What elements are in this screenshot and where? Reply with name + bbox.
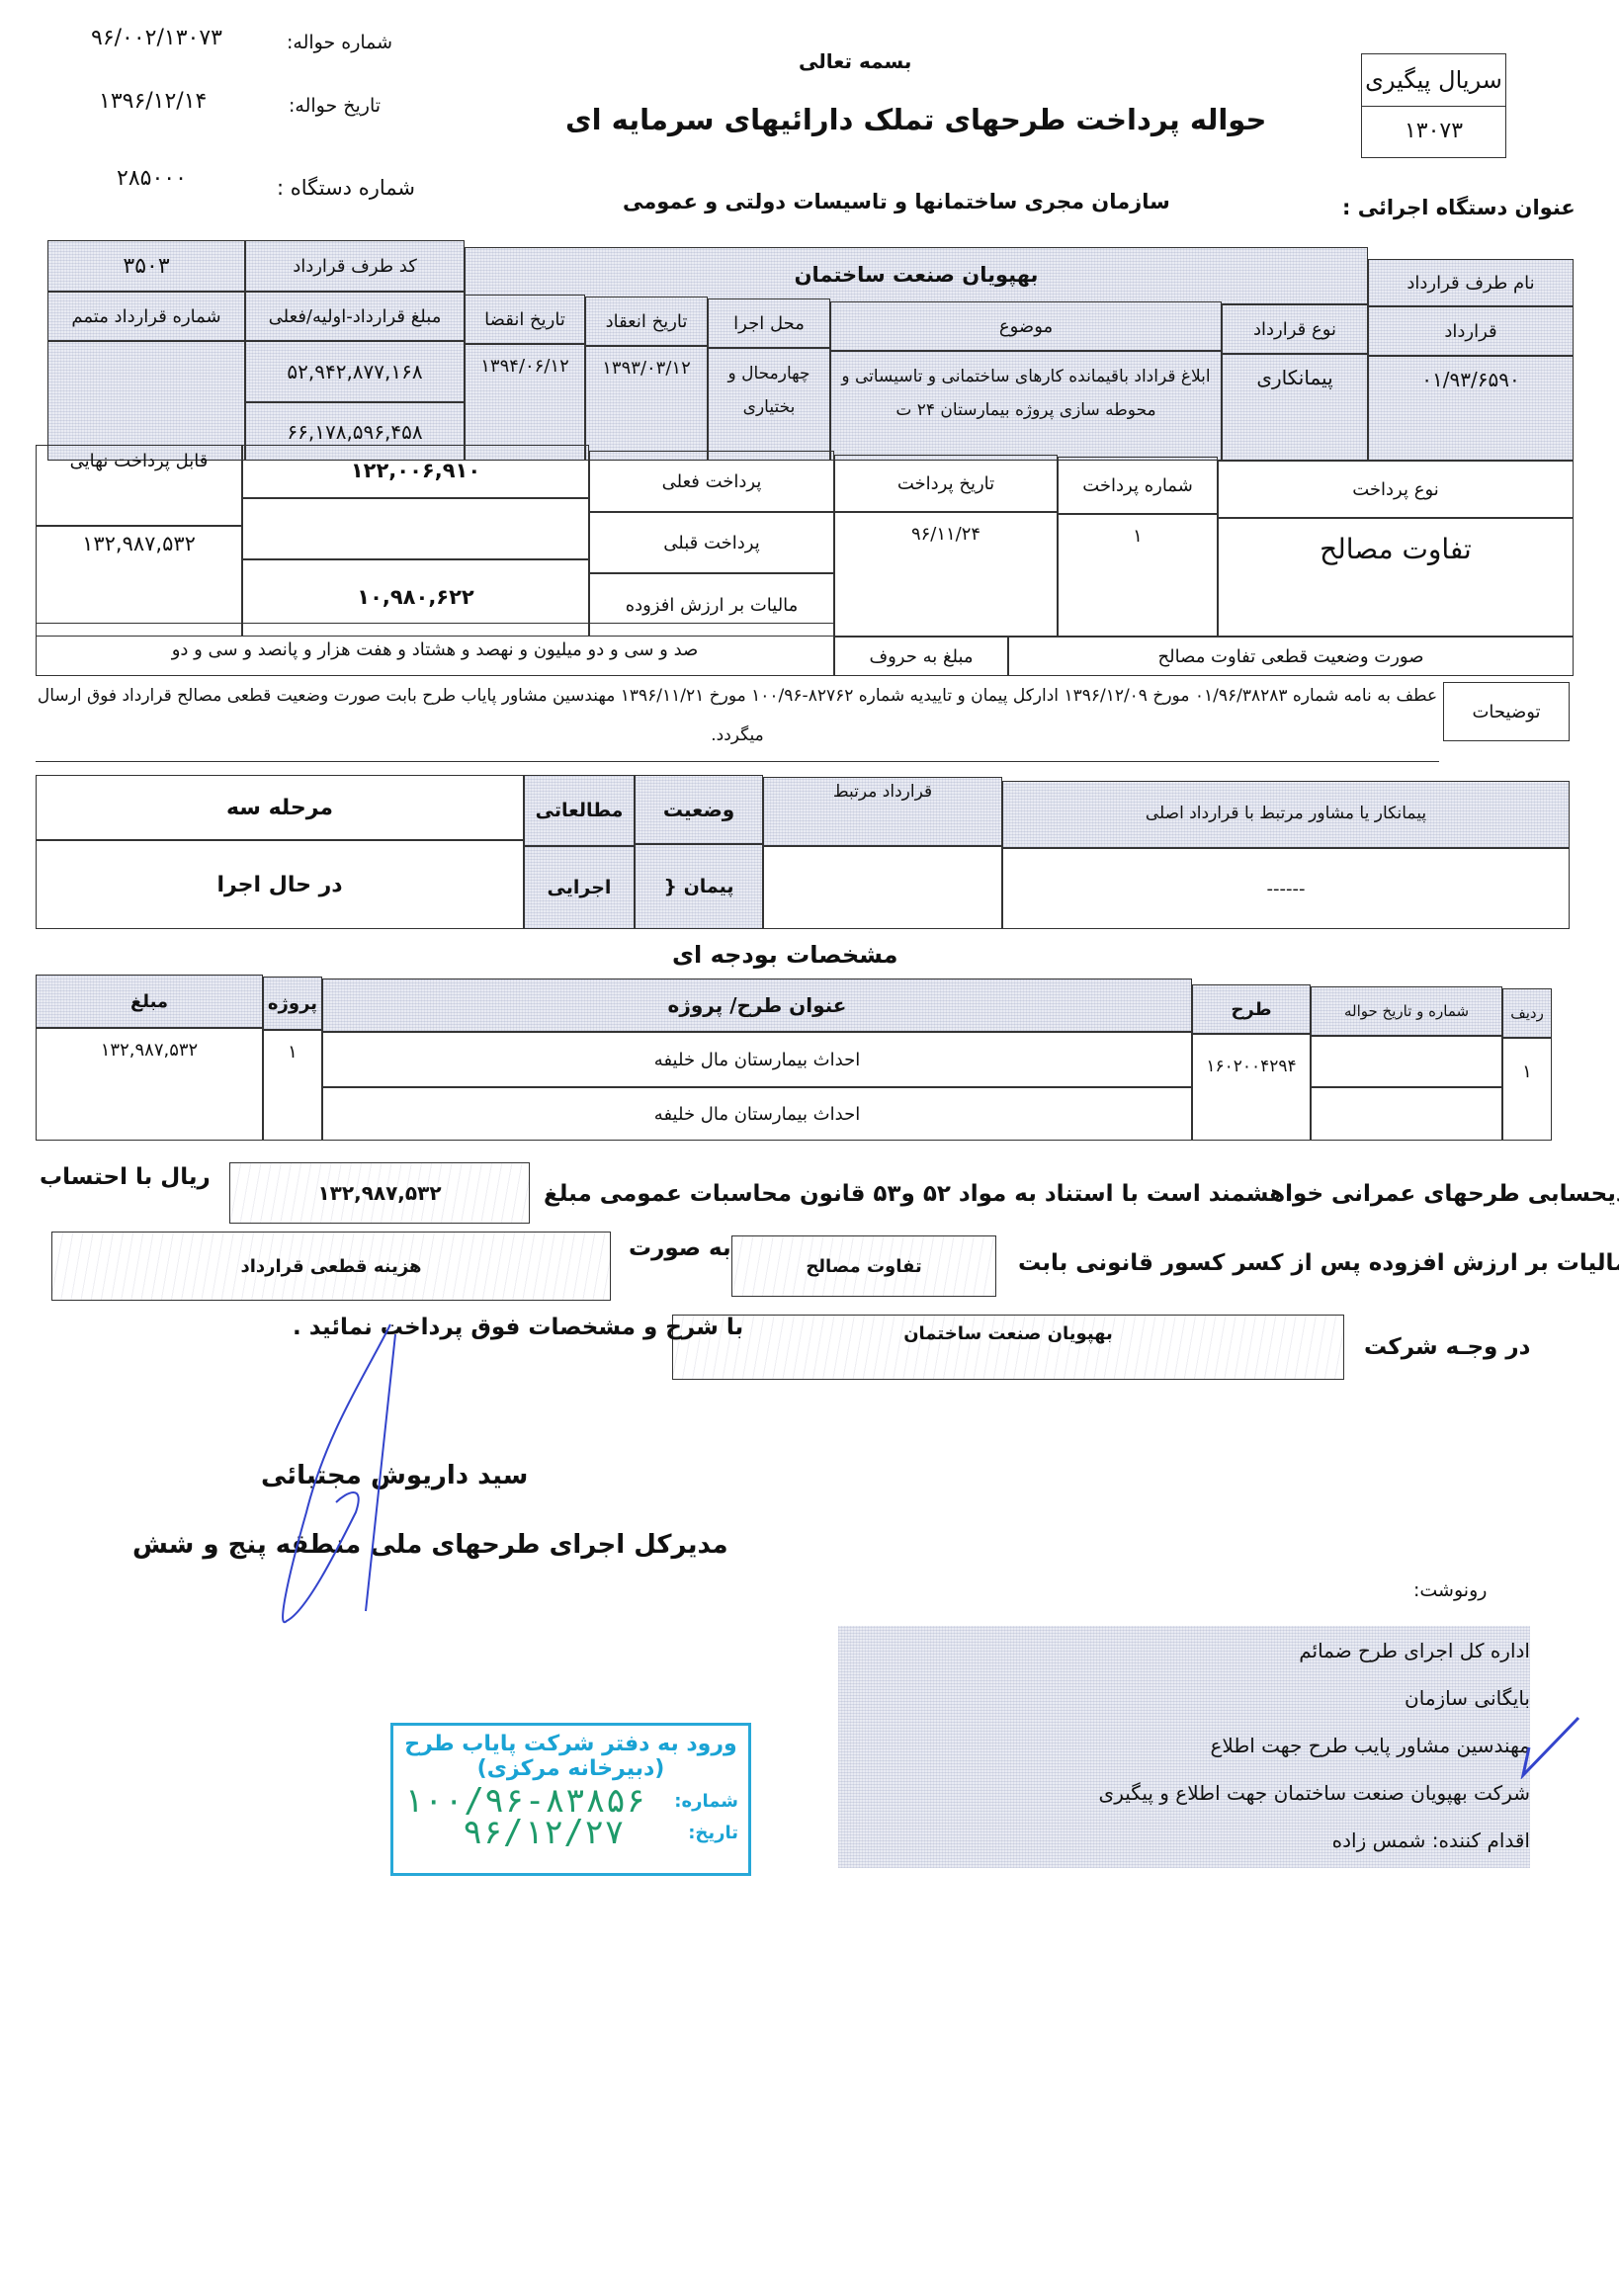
cc-item: بایگانی سازمان [1405,1675,1530,1721]
device-number-value: ۲۸۵۰۰۰ [117,166,187,191]
budget-row-amount: ۱۳۲,۹۸۷,۵۳۲ [36,1028,263,1141]
request-amount-box: ۱۳۲,۹۸۷,۵۳۲ [229,1162,530,1224]
budget-title: مشخصات بودجه ای [672,941,898,969]
signer-position: مدیرکل اجرای طرحهای ملی منطقه پنج و شش [132,1530,728,1560]
location-value: چهارمحال و بختیاری [708,348,830,461]
signing-date-value: ۱۳۹۳/۰۳/۱۲ [585,346,708,461]
request-line2-text: مالیات بر ارزش افزوده پس از کسر کسور قان… [1018,1250,1619,1276]
subject-label: موضوع [830,301,1222,351]
supplement-number-value [47,341,245,461]
request-line1-suffix: ریال با احتساب [40,1164,211,1190]
checkmark-icon [1517,1710,1586,1779]
page-title: حواله پرداخت طرحهای تملک دارائیهای سرمای… [565,103,1266,136]
cc-item: اقدام کننده: شمس زاده [1332,1818,1530,1863]
stamp-date-value: ۹۶/۱۲/۲۷ [463,1813,625,1852]
payment-number-label: شماره پرداخت [1058,457,1218,514]
remittance-date-label: تاریخ حواله: [289,95,381,117]
budget-row-plan-title: احداث بیمارستان مال خلیفه [322,1032,1192,1087]
statement-label: صورت وضعیت قطعی تفاوت مصالح [1008,637,1574,676]
request-line1-text: ذیحسابی طرحهای عمرانی خواهشمند است با اس… [544,1181,1619,1207]
cc-item: شرکت بهپویان صنعت ساختمان جهت اطلاع و پی… [1099,1770,1530,1816]
location-label: محل اجرا [708,298,830,348]
related-contractor-label: پیمانکار یا مشاور مرتبط با قرارداد اصلی [1002,781,1570,848]
remittance-number-label: شماره حواله: [287,32,392,53]
request-form-box: هزینه قطعی قرارداد [51,1232,611,1301]
contract-label: قرارداد [1368,306,1574,356]
budget-col-plan: طرح [1192,984,1311,1034]
tracking-serial-value: ۱۳۰۷۳ [1362,107,1505,156]
budget-row-plan: ۱۶۰۲۰۰۴۲۹۴ [1192,1034,1311,1141]
party-code-label: کد طرف قرارداد [245,240,465,292]
request-company-box: بهپویان صنعت ساختمان [672,1315,1344,1380]
cc-label: رونوشت: [1413,1579,1487,1601]
budget-col-project: پروژه [263,977,322,1030]
remittance-date-value: ۱۳۹۶/۱۲/۱۴ [99,89,207,114]
remittance-number-value: ۹۶/۰۰۲/۱۳۰۷۳ [91,26,222,50]
study-label: مطالعاتی [524,775,635,846]
final-payable-label: قابل پرداخت نهایی [36,445,242,526]
cc-item: مهندسین مشاور پایب طرح جهت اطلاع [1210,1723,1530,1768]
cc-item: اداره کل اجرای طرح ضمائم [1299,1628,1530,1673]
previous-payment-label: پرداخت قبلی [589,512,834,573]
budget-row-project: ۱ [263,1030,322,1141]
bismillah: بسمه تعالی [799,49,911,73]
budget-row-remittance-2 [1311,1087,1502,1141]
execution-label: اجرایی [524,846,635,929]
request-reason-box: تفاوت مصالح [731,1235,996,1297]
stamp-line2: (دبیرخانه مرکزی) [393,1756,748,1781]
payment-type-label: نوع پرداخت [1218,461,1574,518]
executive-org-value: سازمان مجری ساختمانها و تاسیسات دولتی و … [623,190,1170,213]
related-contract-label: قرارداد مرتبط [763,777,1002,846]
notes-label: توضیحات [1443,682,1570,741]
budget-col-title: عنوان طرح/ پروژه [322,978,1192,1032]
contract-amount-label: مبلغ قرارداد-اولیه/فعلی [245,292,465,341]
stamp-number-label: شماره: [674,1791,738,1812]
received-stamp: ورود به دفتر شرکت پایاب طرح (دبیرخانه مر… [390,1723,751,1876]
stamp-date-label: تاریخ: [688,1823,738,1843]
budget-col-amount: مبلغ [36,975,263,1028]
amount-in-words-label: مبلغ به حروف [834,637,1008,676]
progress-value: در حال اجرا [36,840,524,929]
expiry-date-label: تاریخ انقضا [465,295,585,344]
status-label: وضعیت [635,775,763,844]
executive-org-label: عنوان دستگاه اجرائی : [1342,196,1576,219]
previous-payment-value [242,498,589,559]
tracking-serial-box: سریال پیگیری ۱۳۰۷۳ [1361,53,1506,158]
related-contractor-value: ------ [1002,848,1570,929]
cc-list: اداره کل اجرای طرح ضمائم بایگانی سازمان … [838,1626,1530,1868]
contract-type-label: نوع قرارداد [1222,304,1368,354]
budget-col-row: ردیف [1502,988,1552,1038]
budget-row-project-title: احداث بیمارستان مال خلیفه [322,1087,1192,1141]
stamp-line1: ورود به دفتر شرکت پایاب طرح [393,1732,748,1756]
payment-date-value: ۹۶/۱۱/۲۴ [834,512,1058,637]
handwritten-signature [247,1315,425,1641]
party-name-label: نام طرف قرارداد [1368,259,1574,306]
contract-number-value: ۰۱/۹۳/۶۵۹۰ [1368,356,1574,461]
related-contract-value [763,846,1002,929]
request-as-label: به صورت [629,1235,731,1261]
final-payable-value: ۱۳۲,۹۸۷,۵۳۲ [36,526,242,637]
payment-number-value: ۱ [1058,514,1218,637]
party-code-value: ۳۵۰۳ [47,240,245,292]
request-line3-prefix: در وجـه شرکت [1364,1334,1530,1360]
payment-date-label: تاریخ پرداخت [834,455,1058,512]
supplement-number-label: شماره قرارداد متمم [47,292,245,341]
device-number-label: شماره دستگاه : [277,176,415,200]
expiry-date-value: ۱۳۹۴/۰۶/۱۲ [465,344,585,461]
payment-type-value: تفاوت مصالح [1218,518,1574,637]
subject-value: ابلاغ قراداد باقیمانده کارهای ساختمانی و… [830,351,1222,461]
signing-date-label: تاریخ انعقاد [585,297,708,346]
budget-row-number: ۱ [1502,1038,1552,1141]
contract-type-value: پیمانکاری [1222,354,1368,461]
phase-value: مرحله سه [36,775,524,840]
current-payment-label: پرداخت فعلی [589,451,834,512]
amount-in-words-value: صد و سی و دو میلیون و نهصد و هشتاد و هفت… [36,623,834,676]
budget-col-remittance: شماره و تاریخ حواله [1311,986,1502,1036]
contract-amount-initial: ۵۲,۹۴۲,۸۷۷,۱۶۸ [245,341,465,402]
contract-brace: پیمان { [635,844,763,929]
notes-text: عطف به نامه شماره ۰۱/۹۶/۳۸۲۸۳ مورخ ۱۳۹۶/… [36,676,1439,762]
tracking-serial-label: سریال پیگیری [1362,54,1505,107]
budget-row-remittance [1311,1036,1502,1087]
current-payment-value: ۱۲۲,۰۰۶,۹۱۰ [242,445,589,498]
